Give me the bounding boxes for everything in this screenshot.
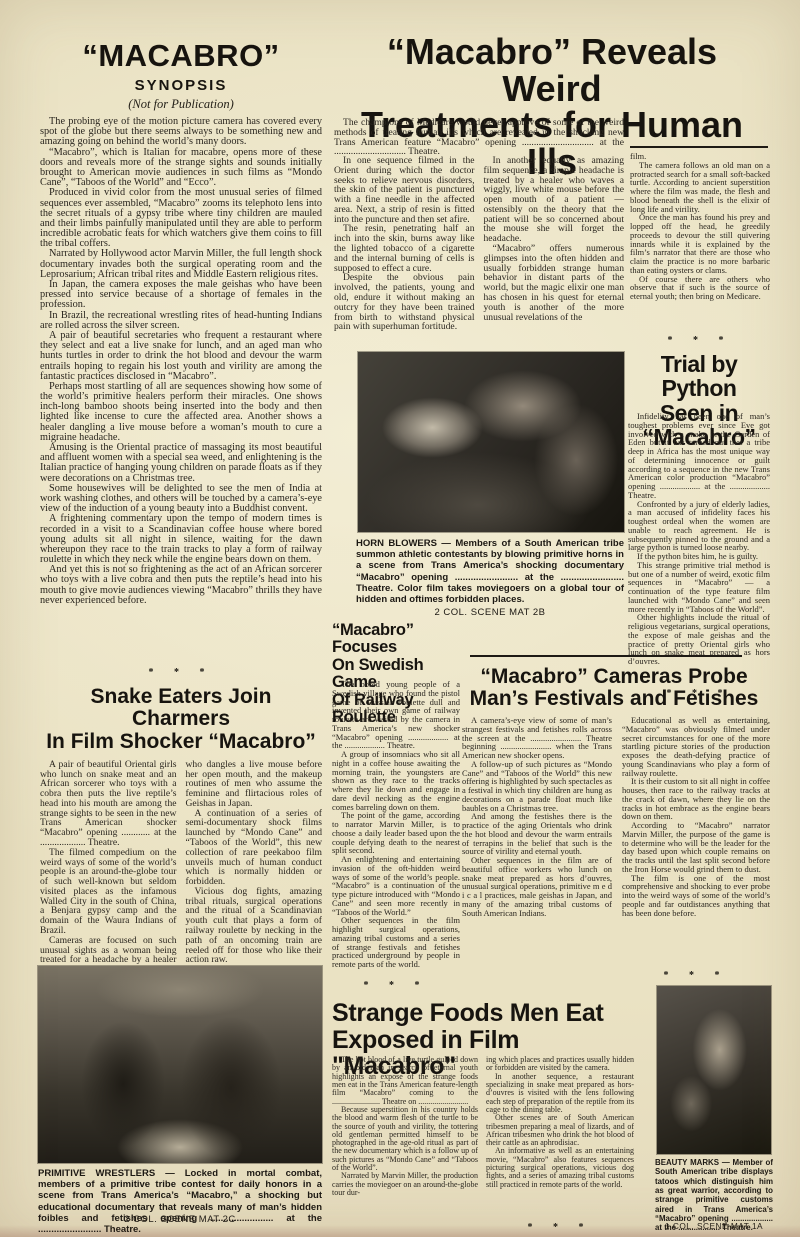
heading-line: “Macabro” Focuses	[332, 622, 468, 657]
cameras-probe-left-column: A camera’s-eye view of some of man’s str…	[462, 716, 612, 984]
paragraph: “Macabro”, which is Italian for macabre,…	[40, 148, 322, 189]
primitive-wrestlers-caption: PRIMITIVE WRESTLERS — Locked in mortal c…	[38, 1168, 322, 1235]
paragraph: A pair of beautiful secretaries who freq…	[40, 331, 322, 382]
wrestlers-mat-number: 2 COL. SCENE MAT 2C	[38, 1214, 322, 1225]
treatments-body: In one sequence filmed in the Orient dur…	[334, 156, 624, 348]
paragraph: The camera follows an old man on a protr…	[630, 161, 770, 214]
paragraph: A pair of beautiful Oriental girls who l…	[40, 760, 177, 848]
treatments-intro: The champions of Medicare would never ap…	[334, 118, 624, 157]
strange-foods-right-column: ing which places and practices usually h…	[486, 1056, 634, 1224]
paragraph: The film is one of the most comprehensiv…	[622, 874, 770, 918]
synopsis-article: “MACABRO” SYNOPSIS (Not for Publication)…	[40, 38, 322, 966]
stars-separator: * * *	[486, 1222, 634, 1233]
paragraph: The point of the game, according to narr…	[332, 811, 460, 855]
heading-line: Snake Eaters Join Charmers	[40, 686, 322, 731]
column-rule	[630, 146, 768, 148]
pressbook-page: “MACABRO” SYNOPSIS (Not for Publication)…	[0, 0, 800, 1237]
synopsis-note: (Not for Publication)	[40, 97, 322, 112]
trial-python-body: Infidelity has been one of man’s toughes…	[628, 412, 770, 684]
heading-line: Trial by Python	[628, 352, 770, 401]
paragraph: Confronted by a jury of elderly ladies, …	[628, 500, 770, 553]
paragraph: The champions of Medicare would never ap…	[334, 118, 624, 157]
horn-blowers-mat-number: 2 COL. SCENE MAT 2B	[356, 607, 624, 618]
paragraph: Narrated by Marvin Miller, the productio…	[332, 1172, 478, 1197]
paragraph: Some housewives will be delighted to see…	[40, 484, 322, 515]
cameras-probe-right-column: Educational as well as entertaining, “Ma…	[622, 716, 770, 968]
paragraph: Other scenes are of South American tribe…	[486, 1114, 634, 1147]
synopsis-body: The probing eye of the motion picture ca…	[40, 117, 322, 663]
heading-line: Man’s Festivals and Fetishes	[458, 688, 770, 710]
beauty-marks-mat-number: 1 COL. SCENE MAT 1A	[655, 1221, 773, 1231]
paragraph: Amusing is the Oriental practice of mass…	[40, 443, 322, 484]
paragraph: An informative as well as an entertainin…	[486, 1147, 634, 1189]
paragraph: An enlightening and entertaining invasio…	[332, 855, 460, 916]
paragraph: Once the man has found his prey and lopp…	[630, 213, 770, 274]
paragraph: A frightening commentary upon the tempo …	[40, 514, 322, 565]
stars-separator: * * *	[630, 335, 770, 346]
horn-blowers-caption: HORN BLOWERS — Members of a South Americ…	[356, 538, 624, 605]
heading-line: Strange Foods Men Eat	[332, 1000, 634, 1027]
paragraph: The probing eye of the motion picture ca…	[40, 117, 322, 148]
snake-eaters-heading: Snake Eaters Join Charmers In Film Shock…	[40, 686, 322, 753]
paragraph: A group of insomniacs who sit all night …	[332, 750, 460, 811]
column-rule	[470, 655, 742, 657]
paragraph: Infidelity has been one of man’s toughes…	[628, 412, 770, 500]
paragraph: The bored young people of a Swedish vill…	[332, 680, 460, 750]
cameras-probe-heading: “Macabro” Cameras Probe Man’s Festivals …	[458, 666, 770, 711]
paragraph: In one sequence filmed in the Orient dur…	[334, 156, 475, 224]
paragraph: A continuation of a series of semi-docum…	[186, 809, 323, 887]
paragraph: Produced in vivid color from the most un…	[40, 188, 322, 249]
paragraph: In another sequence, a restaurant specia…	[486, 1073, 634, 1115]
strange-foods-left-column: The hot blood of a live turtle gulped do…	[332, 1056, 478, 1230]
paragraph: A camera’s-eye view of some of man’s str…	[462, 716, 612, 760]
headline-line: “Macabro” Reveals Weird	[336, 34, 768, 107]
paragraph: This strange primitive trial method is b…	[628, 561, 770, 614]
paragraph: In another equally as amazing film seque…	[484, 156, 625, 244]
paragraph: The resin, penetrating half an inch into…	[334, 224, 475, 273]
paragraph: Of course there are others who observe t…	[630, 275, 770, 301]
synopsis-title: “MACABRO”	[40, 38, 322, 74]
paragraph: Other sequences in the film highlight su…	[332, 916, 460, 969]
beauty-marks-photo	[657, 986, 771, 1154]
snake-eaters-body: A pair of beautiful Oriental girls who l…	[40, 760, 322, 966]
primitive-wrestlers-photo	[38, 966, 322, 1163]
stars-separator: * * *	[622, 970, 770, 981]
heading-line: In Film Shocker “Macabro”	[40, 731, 322, 753]
paragraph: “Macabro” offers numerous glimpses into …	[484, 244, 625, 322]
paragraph: The hot blood of a live turtle gulped do…	[332, 1056, 478, 1106]
paragraph: It is their custom to sit all night in c…	[622, 777, 770, 821]
turtle-continuation: film. The camera follows an old man on a…	[630, 152, 770, 330]
railway-roulette-body: The bored young people of a Swedish vill…	[332, 680, 460, 976]
stars-separator: * * *	[40, 667, 322, 678]
paragraph: In Japan, the camera exposes the male ge…	[40, 280, 322, 311]
paragraph: And yet this is not so frightening as th…	[40, 565, 322, 606]
stars-separator: * * *	[332, 980, 460, 991]
synopsis-subtitle: SYNOPSIS	[40, 77, 322, 94]
paragraph: In Brazil, the recreational wrestling ri…	[40, 311, 322, 331]
paragraph: ing which places and practices usually h…	[486, 1056, 634, 1073]
paragraph: A follow-up of such pictures as “Mondo C…	[462, 760, 612, 813]
paragraph: Because superstition in his country hold…	[332, 1106, 478, 1173]
paragraph: Other highlights include the ritual of r…	[628, 613, 770, 666]
paragraph: And among the festishes there is the pra…	[462, 812, 612, 856]
horn-blowers-photo	[358, 352, 624, 532]
paragraph: The filmed compedium on the weird ways o…	[40, 848, 177, 936]
paragraph: According to “Macabro” narrator Marvin M…	[622, 821, 770, 874]
paragraph: Other sequences in the film are of beaut…	[462, 856, 612, 917]
paragraph: Educational as well as entertaining, “Ma…	[622, 716, 770, 777]
paragraph: Perhaps most startling of all are sequen…	[40, 382, 322, 443]
paragraph: Vicious dog fights, amazing tribal ritua…	[186, 887, 323, 965]
paragraph: Narrated by Hollywood actor Marvin Mille…	[40, 249, 322, 280]
heading-line: “Macabro” Cameras Probe	[458, 666, 770, 688]
paragraph: Despite the obvious pain involved, the p…	[334, 273, 475, 332]
